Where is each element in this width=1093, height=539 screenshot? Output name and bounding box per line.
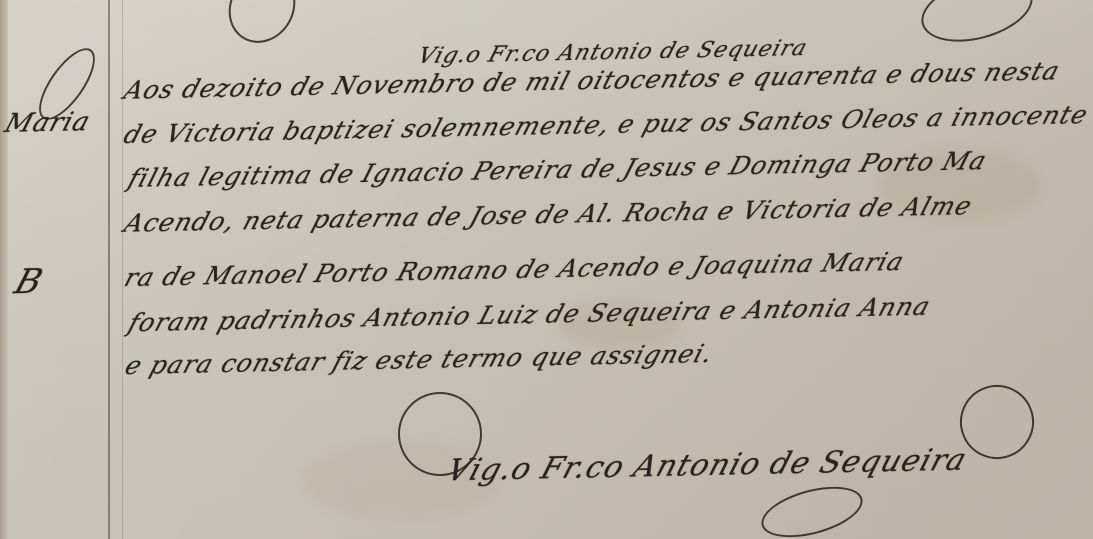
signature-flourish bbox=[756, 477, 868, 539]
priest-signature: Vig.o Fr.co Antonio de Sequeira bbox=[443, 443, 971, 489]
record-line: filha legitima de Ignacio Pereira de Jes… bbox=[125, 146, 991, 193]
flourish bbox=[914, 0, 1039, 53]
page-edge bbox=[0, 0, 8, 539]
record-line: Acendo, neta paterna de Jose de Al. Roch… bbox=[121, 191, 976, 238]
margin-rule-faint bbox=[122, 0, 123, 539]
record-line: e para constar fiz este termo que assign… bbox=[122, 339, 717, 380]
manuscript-page: Vig.o Fr.co Antonio de Sequeira Maria B … bbox=[0, 0, 1093, 539]
record-line: foram padrinhos Antonio Luiz de Sequeira… bbox=[125, 292, 934, 338]
record-line: ra de Manoel Porto Romano de Acendo e Jo… bbox=[121, 247, 908, 292]
margin-rule bbox=[108, 0, 110, 539]
margin-name: Maria bbox=[1, 107, 94, 139]
margin-mark: B bbox=[10, 262, 48, 303]
record-line: de Victoria baptizei solemnemente, e puz… bbox=[120, 100, 1092, 149]
flourish bbox=[216, 0, 308, 55]
